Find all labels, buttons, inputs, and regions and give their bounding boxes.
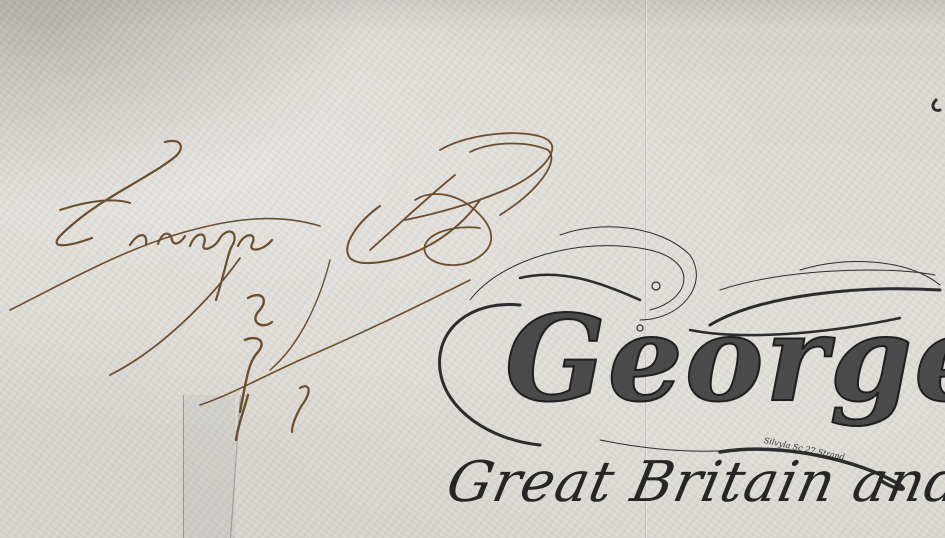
script-line: Great Britain and [442,455,945,511]
engraved-heading: George [505,300,945,418]
document-page: George Silvyla Sc 27 Strand Great Britai… [0,0,945,538]
